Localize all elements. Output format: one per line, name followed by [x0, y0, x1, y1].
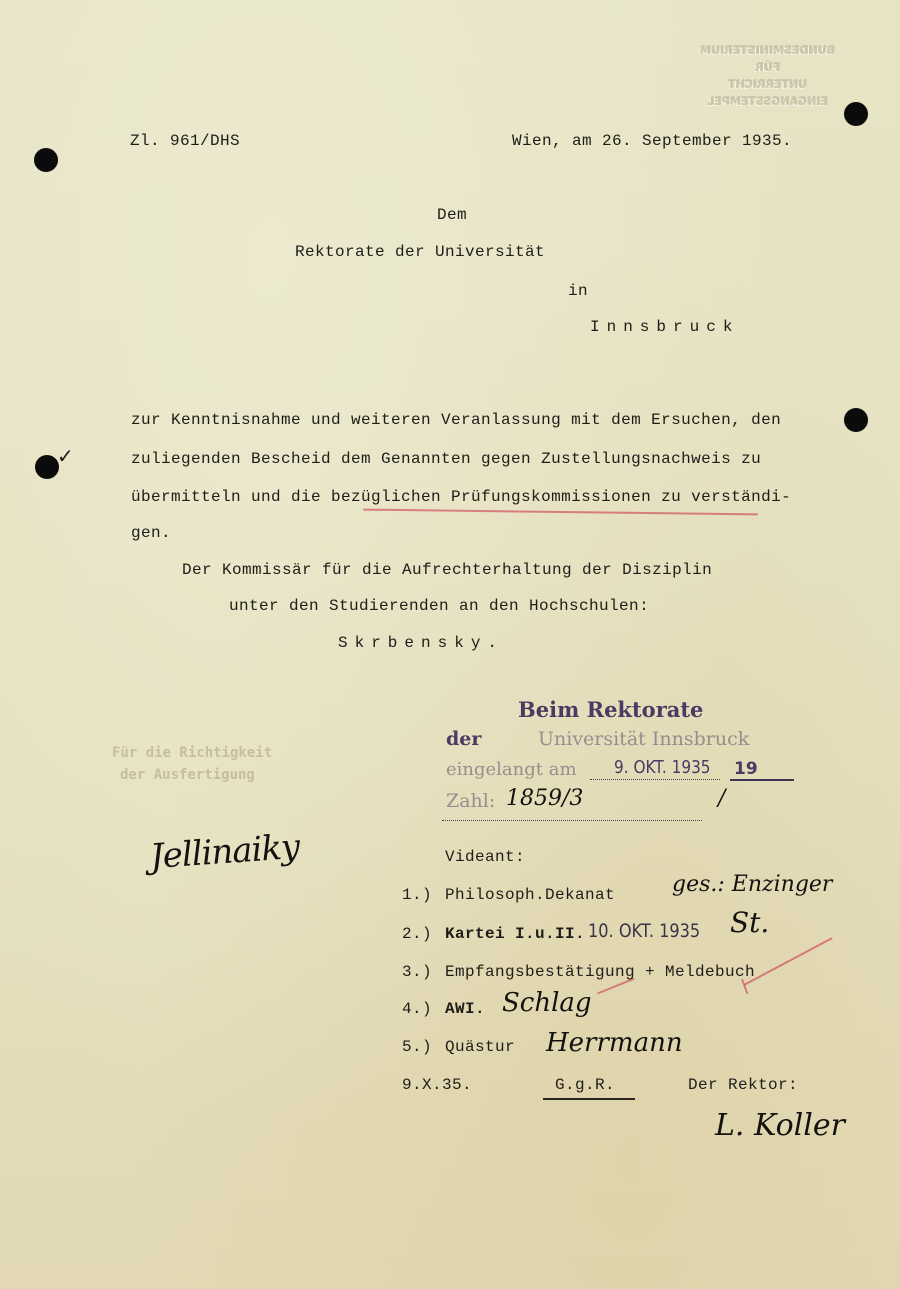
receipt-stamp-university: Universität Innsbruck	[538, 728, 749, 750]
routing-item-number: 4.)	[402, 1000, 432, 1018]
rector-signature: L. Koller	[715, 1108, 845, 1143]
certification-stamp-line: Für die Richtigkeit	[112, 742, 272, 764]
address-line-dem: Dem	[437, 206, 467, 224]
routing-item-note: ges.: Enzinger	[672, 872, 832, 897]
certification-stamp-line: der Ausfertigung	[120, 764, 272, 786]
body-line: zuliegenden Bescheid dem Genannten gegen…	[131, 450, 761, 468]
certification-stamp: Für die Richtigkeit der Ausfertigung	[112, 742, 272, 786]
reference-number: Zl. 961/DHS	[130, 132, 240, 150]
signatory-name: Skrbensky.	[338, 634, 504, 652]
routing-item-label: Philosoph.Dekanat	[445, 886, 615, 904]
red-pencil-underline	[363, 509, 758, 516]
routing-item-number: 2.)	[402, 925, 432, 943]
seal-line: UNTERRICHT	[672, 76, 862, 93]
receipt-year-underline	[730, 779, 794, 781]
margin-check-mark: ✓	[57, 444, 74, 468]
routing-item-label: AWI.	[445, 1000, 485, 1018]
body-line: gen.	[131, 524, 171, 542]
routing-item-note: Herrmann	[546, 1028, 683, 1058]
seal-line: EINGANGSSTEMPEL	[672, 93, 862, 110]
receipt-number-underline	[442, 820, 702, 821]
routing-item-note: Schlag	[502, 988, 592, 1018]
address-line-recipient: Rektorate der Universität	[295, 243, 545, 261]
receipt-stamp-der: der	[446, 728, 481, 750]
receipt-date-underline	[590, 779, 720, 780]
punch-hole	[844, 408, 868, 432]
certification-signature: Jellinaiky	[149, 827, 301, 877]
routing-item-number: 3.)	[402, 963, 432, 981]
punch-hole	[34, 148, 58, 172]
address-line-in: in	[568, 282, 588, 300]
receipt-number-value: 1859/3	[506, 786, 583, 811]
routing-item-label: Kartei I.u.II.	[445, 925, 585, 943]
receipt-number-label: Zahl:	[446, 790, 495, 812]
receipt-date: 9. OKT. 1935	[614, 757, 711, 778]
routing-title: Videant:	[445, 848, 525, 866]
routing-ggr: G.g.R.	[555, 1076, 615, 1094]
routing-item-note: St.	[730, 906, 769, 939]
address-line-city: Innsbruck	[590, 318, 739, 336]
red-check-mark	[744, 937, 833, 986]
routing-item-number: 1.)	[402, 886, 432, 904]
body-line: übermitteln und die bezüglichen Prüfungs…	[131, 488, 791, 506]
place-date: Wien, am 26. September 1935.	[512, 132, 792, 150]
routing-item-label: Empfangsbestätigung + Meldebuch	[445, 963, 755, 981]
routing-item-stamp: 10. OKT. 1935	[588, 920, 700, 942]
body-line: zur Kenntnisnahme und weiteren Veranlass…	[131, 411, 781, 429]
seal-line: FÜR	[672, 59, 862, 76]
receipt-stamp-title: Beim Rektorate	[518, 697, 703, 722]
punch-hole	[35, 455, 59, 479]
routing-item-label: Quästur	[445, 1038, 515, 1056]
receipt-stamp-received-label: eingelangt am	[446, 759, 577, 780]
receipt-year-suffix: 19	[734, 759, 758, 779]
routing-item-number: 5.)	[402, 1038, 432, 1056]
closing-line: unter den Studierenden an den Hochschule…	[229, 597, 649, 615]
routing-date: 9.X.35.	[402, 1076, 472, 1094]
closing-line: Der Kommissär für die Aufrechterhaltung …	[182, 561, 712, 579]
receipt-number-slash: /	[718, 786, 725, 811]
seal-line: BUNDESMINISTERIUM	[672, 42, 862, 59]
rector-label: Der Rektor:	[688, 1076, 798, 1094]
ggr-underline	[543, 1098, 635, 1100]
embossed-seal: BUNDESMINISTERIUM FÜR UNTERRICHT EINGANG…	[672, 42, 862, 110]
